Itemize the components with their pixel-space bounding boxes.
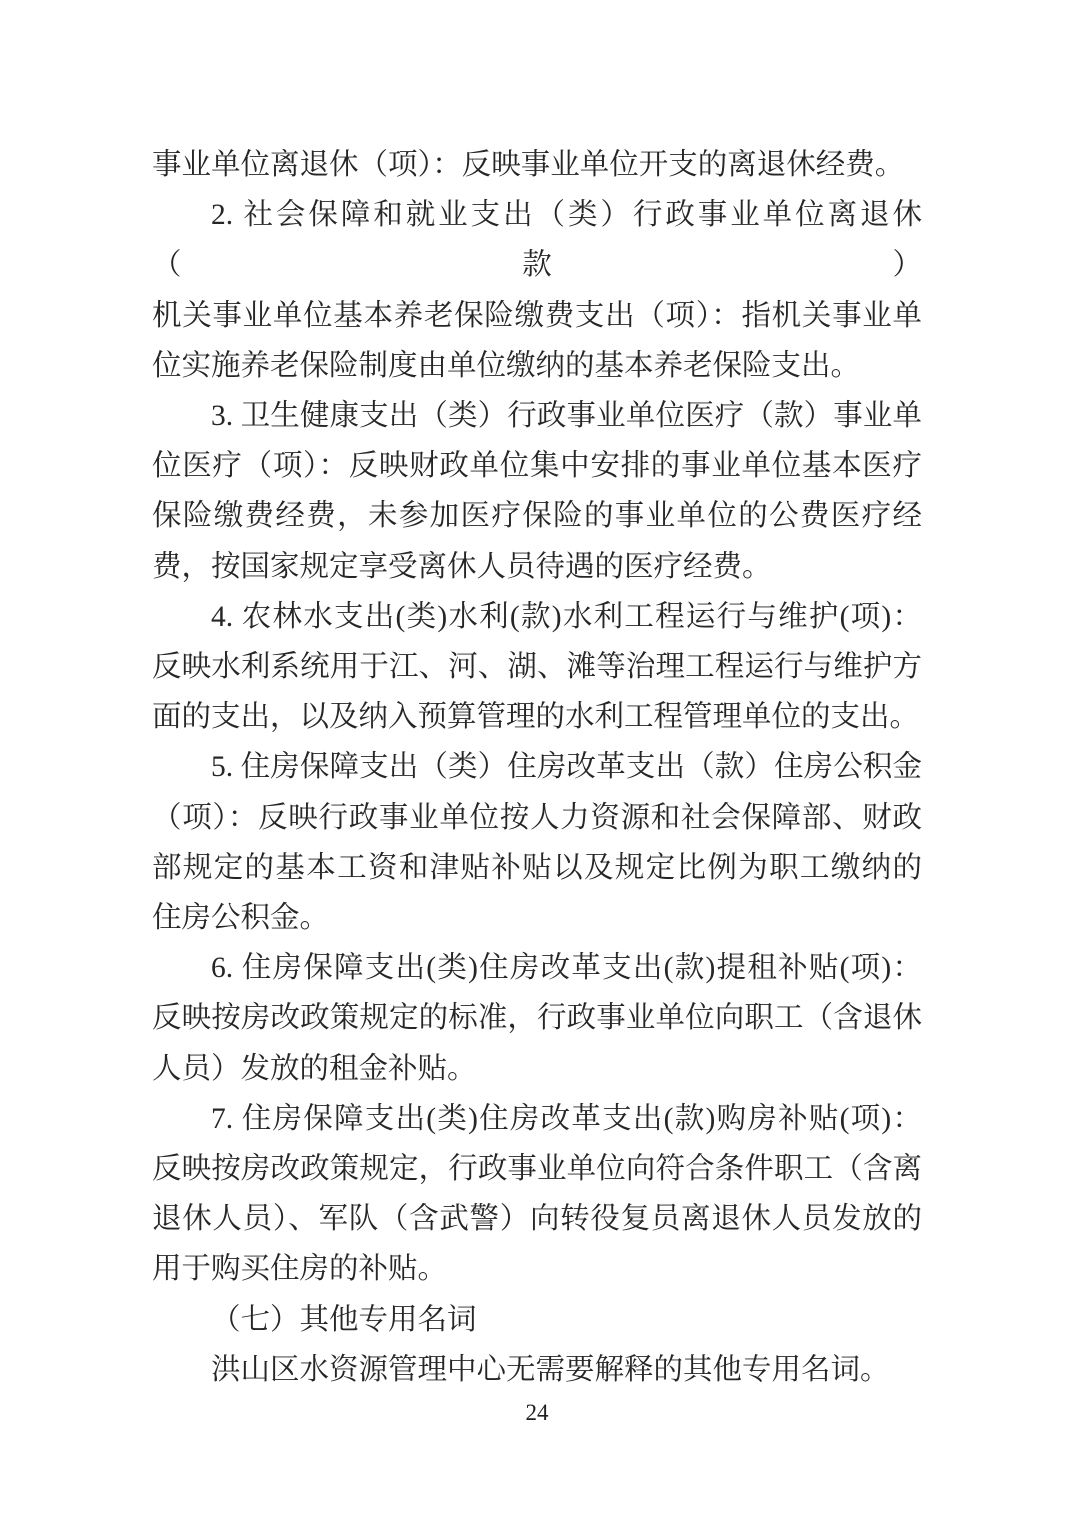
text-line: 反映按房改政策规定，行政事业单位向符合条件职工（含离 <box>152 1144 922 1194</box>
document-content: 事业单位离退休（项）：反映事业单位开支的离退休经费。2. 社会保障和就业支出（类… <box>152 140 922 1395</box>
text-line: 住房公积金。 <box>152 893 922 943</box>
text-line: （项）：反映行政事业单位按人力资源和社会保障部、财政 <box>152 793 922 843</box>
text-line: 面的支出，以及纳入预算管理的水利工程管理单位的支出。 <box>152 692 922 742</box>
document-page: 事业单位离退休（项）：反映事业单位开支的离退休经费。2. 社会保障和就业支出（类… <box>0 0 1074 1520</box>
page-number: 24 <box>0 1399 1074 1427</box>
text-line: 部规定的基本工资和津贴补贴以及规定比例为职工缴纳的 <box>152 843 922 893</box>
text-line: 位实施养老保险制度由单位缴纳的基本养老保险支出。 <box>152 341 922 391</box>
text-line: 3. 卫生健康支出（类）行政事业单位医疗（款）事业单 <box>152 391 922 441</box>
text-line: 事业单位离退休（项）：反映事业单位开支的离退休经费。 <box>152 140 922 190</box>
text-line: 费，按国家规定享受离休人员待遇的医疗经费。 <box>152 542 922 592</box>
text-line: 位医疗（项）：反映财政单位集中安排的事业单位基本医疗 <box>152 441 922 491</box>
text-line: 退休人员）、军队（含武警）向转役复员离退休人员发放的 <box>152 1194 922 1244</box>
text-line: 洪山区水资源管理中心无需要解释的其他专用名词。 <box>152 1345 922 1395</box>
text-line: 反映按房改政策规定的标准，行政事业单位向职工（含退休 <box>152 993 922 1043</box>
text-line: 用于购买住房的补贴。 <box>152 1244 922 1294</box>
text-line: 7. 住房保障支出(类)住房改革支出(款)购房补贴(项)： <box>152 1094 922 1144</box>
text-line: 保险缴费经费，未参加医疗保险的事业单位的公费医疗经 <box>152 491 922 541</box>
text-line: 4. 农林水支出(类)水利(款)水利工程运行与维护(项)： <box>152 592 922 642</box>
text-line: 反映水利系统用于江、河、湖、滩等治理工程运行与维护方 <box>152 642 922 692</box>
text-line: （七）其他专用名词 <box>152 1295 922 1345</box>
text-line: 机关事业单位基本养老保险缴费支出（项）：指机关事业单 <box>152 291 922 341</box>
text-line: 6. 住房保障支出(类)住房改革支出(款)提租补贴(项)： <box>152 943 922 993</box>
text-line: 5. 住房保障支出（类）住房改革支出（款）住房公积金 <box>152 742 922 792</box>
text-line: 人员）发放的租金补贴。 <box>152 1044 922 1094</box>
text-line: 2. 社会保障和就业支出（类）行政事业单位离退休（款） <box>152 190 922 290</box>
